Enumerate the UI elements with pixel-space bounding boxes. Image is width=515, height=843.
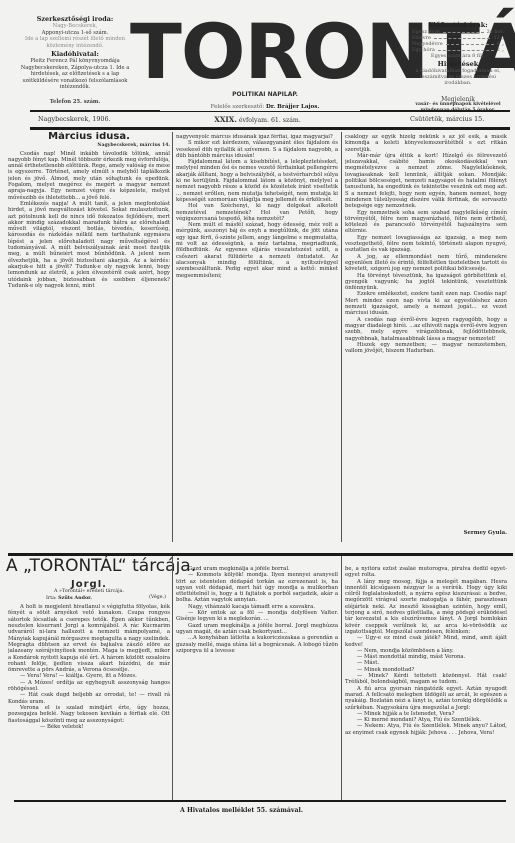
editor-line: Felelős szerkesztő: Dr. Brájjer Lajos.	[150, 104, 380, 110]
masthead-rule-right	[360, 110, 510, 112]
column-divider	[341, 132, 342, 542]
paragraph: Hiszek egy nemzetben; — magyar nemzetemb…	[345, 342, 507, 355]
story-continuation: (Vége.)	[149, 595, 166, 602]
paragraph: Már-már újra éltük a kort! Hízelgő és fé…	[345, 153, 507, 210]
page-bottom-rule	[14, 800, 506, 802]
paragraph: A jog, az ellenmondást nem tűrő, mindene…	[345, 254, 507, 273]
phone-number: Telefon 25. szám.	[20, 99, 130, 105]
paragraph: Gazd uram megkínálja a jóféle borral. Jo…	[176, 623, 338, 636]
supplement-note: A Hivatalos melléklet 55. számával.	[180, 807, 303, 814]
paragraph: Fájdalommal látom a kisebbítést, a lelep…	[176, 159, 338, 203]
dateline-place-year: Nagybecskerek, 1906.	[38, 115, 111, 123]
article-signature: Sermey Gyula.	[345, 530, 507, 536]
publisher-heading: Kiadóhivatal:	[20, 51, 130, 57]
lead-article-col3: csaklogy az egyik hizelg nekünk s az jól…	[345, 134, 507, 530]
lead-article-col2: nagyvenyolc márcus idusának igaz férfiai…	[176, 134, 338, 542]
office-info-block: Szerkesztőségi iroda: Nagy-Becskerek, Ap…	[20, 14, 130, 90]
paragraph: Egy nemzetnek soha sem szabad nagylelkűs…	[345, 210, 507, 235]
paragraph: — Béke veletek!	[8, 724, 170, 730]
feuilleton-col2: Gazd uram megkínálja a jóféle borral. — …	[176, 566, 338, 798]
editor-label: Felelős szerkesztő:	[211, 104, 265, 110]
paragraph: A holt is megjelent hivatlanul s végigfu…	[8, 604, 170, 673]
paragraph: csaklogy az egyik hizelg nekünk s az jól…	[345, 134, 507, 153]
paragraph: — Ugy-e ez mind csak játék? Mind, mind, …	[345, 635, 507, 648]
paragraph: A fiú arca gyorsan rángatózik egyet. Azt…	[345, 686, 507, 711]
paragraph: — Nekem: Atya, Fiú és Szentlélek. Minek …	[345, 723, 507, 736]
publisher-text: Pleitz Ferencz Pál könyvnyomdája Nagybec…	[20, 58, 130, 90]
ads-text: a kiadóhivatalban fogadtatnak el, leszám…	[408, 68, 508, 86]
paragraph: — Kommots kölyök! mondja. Ilyen mennyei …	[176, 572, 338, 603]
dateline-date: Csütörtök, március 15.	[410, 115, 484, 123]
ads-heading: Hirdetések	[408, 61, 508, 67]
article-signature-box: Sermey Gyula.	[345, 530, 507, 540]
column-divider	[172, 556, 173, 800]
column-divider	[341, 556, 342, 800]
story-title: Jorgl.	[8, 582, 170, 588]
paragraph: Hol van Széchenyi, ki nagy dolgokat alko…	[176, 203, 338, 222]
dateline-volume: XXIX. évfolyam. 61. szám.	[170, 115, 345, 124]
paragraph: ...A konyhában látlotta a kukoricziszaka…	[176, 635, 338, 654]
feuilleton-col1: Jorgl. A »Torontál« eredeti tárcája. Irt…	[8, 580, 170, 800]
lead-article-col1: Március idusa. Nagybecskerek, március 14…	[8, 132, 170, 542]
paragraph: — A Mózes! ordítja az egyhegyult asszony…	[8, 680, 170, 693]
story-author-line: Irta: Szűts Andor. (Vége.)	[8, 595, 170, 602]
feuilleton-header: A „TORONTÁL“ tárcája.	[6, 555, 172, 577]
paragraph: — Hát csak dugd beljebb az orrodat, te! …	[8, 692, 170, 705]
editor-name: Dr. Brájjer Lajos.	[266, 104, 319, 110]
prices-heading: Előfizetési árak:	[408, 22, 508, 28]
newspaper-page: Szerkesztőségi iroda: Nagy-Becskerek, Ap…	[0, 0, 515, 843]
paragraph: Egy nemzet lovagiassága az igazság, a me…	[345, 235, 507, 254]
paragraph: Csodás nap! Minél inkább távolodik tőlün…	[8, 151, 170, 201]
paragraph: — Kör entok az a föl — mondja dolyfősen …	[176, 610, 338, 623]
pricing-block: Előfizetési árak: Egész évre24 kor. Félé…	[408, 22, 508, 86]
column-divider	[172, 132, 173, 542]
newspaper-title: TORONTÁL	[130, 12, 400, 92]
paragraph: Nem múlt el másfél század, hogy édesség,…	[176, 222, 338, 279]
masthead-rule-center	[160, 111, 360, 112]
paragraph: Ezekre emlékeztet, ezekre tanít ezen nap…	[345, 291, 507, 316]
paragraph: — Minek? Kérdi tettetett közönnyel. Hát …	[345, 673, 507, 686]
paragraph: Verona el is szalad mindjárt érte, úgy h…	[8, 705, 170, 724]
article-placeline: Nagybecskerek, március 14.	[8, 143, 170, 149]
paragraph: S mikor ezt kérdezem, válaszgyanánt éles…	[176, 140, 338, 159]
paragraph: A lány meg mosog, fújja a melegét magába…	[345, 579, 507, 636]
masthead-rule-left	[30, 110, 160, 112]
office-note: Ide a lap szellemi részét illető minden …	[20, 36, 130, 49]
paragraph: Emlékezés napja! A múlt tanít, a jelen m…	[8, 201, 170, 289]
story-author: Szűts Andor.	[58, 595, 92, 601]
paragraph: Ha törvényt tévesztünk, ha igazságot gör…	[345, 273, 507, 292]
paragraph: A csodás nap évről-évre legyen ragyogóbb…	[345, 317, 507, 342]
office-heading: Szerkesztőségi iroda:	[20, 16, 130, 22]
paragraph: be, a nyitóra ezüst zsaláé mutorogva, pi…	[345, 566, 507, 579]
header-bottom-rule	[30, 127, 510, 130]
newspaper-subtitle: POLITIKAI NAPILAP.	[130, 91, 400, 98]
article-title: Március idusa.	[8, 134, 170, 140]
single-copy-price: Egyes szám ára 8 fill.	[408, 53, 508, 59]
feuilleton-col3: be, a nyitóra ezüst zsaláé mutorogva, pi…	[345, 566, 507, 798]
